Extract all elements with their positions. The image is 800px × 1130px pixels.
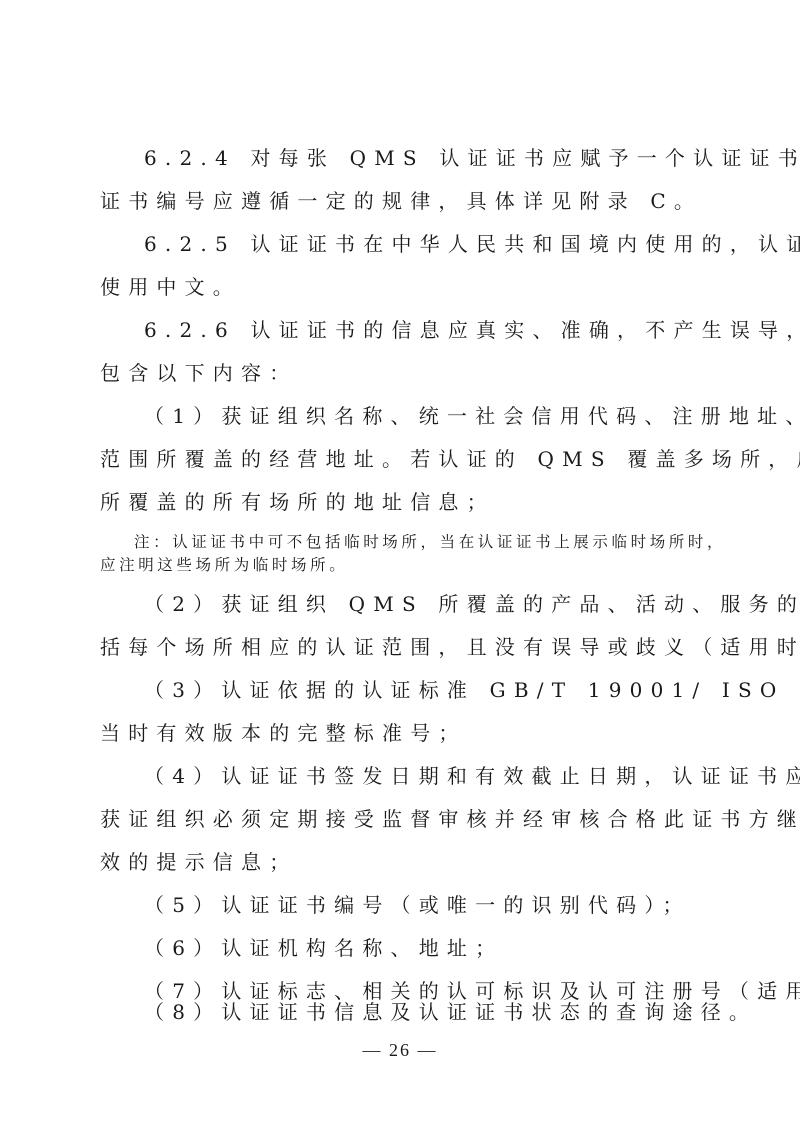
item-6: （6）认证机构名称、地址； xyxy=(144,936,503,960)
clause-6-2-6-line-1: 6.2.6 认证证书的信息应真实、准确，不产生误导，并至少 xyxy=(144,318,800,342)
item-2-line-2: 括每个场所相应的认证范围，且没有误导或歧义（适用时）； xyxy=(100,635,800,659)
item-3-line-2: 当时有效版本的完整标准号； xyxy=(100,721,467,745)
item-4-line-1: （4）认证证书签发日期和有效截止日期，认证证书应注明： xyxy=(144,764,800,788)
item-8: （8）认证证书信息及认证证书状态的查询途径。 xyxy=(144,1000,757,1024)
item-1-line-2: 范围所覆盖的经营地址。若认证的 QMS 覆盖多场所，应表述认证 xyxy=(100,447,800,471)
item-4-line-2: 获证组织必须定期接受监督审核并经审核合格此证书方继续有 xyxy=(100,807,800,831)
item-1-line-1: （1）获证组织名称、统一社会信用代码、注册地址、认证 xyxy=(144,404,800,428)
item-4-line-3: 效的提示信息； xyxy=(100,850,297,874)
item-3-line-1: （3）认证依据的认证标准 GB/T 19001/ ISO 9001 所采用的 xyxy=(144,678,800,702)
item-5: （5）认证证书编号（或唯一的识别代码）； xyxy=(144,893,691,917)
item-1-line-3: 所覆盖的所有场所的地址信息； xyxy=(100,490,495,514)
clause-6-2-5-line-2: 使用中文。 xyxy=(100,275,241,299)
note-line-2: 应注明这些场所为临时场所。 xyxy=(100,555,348,575)
clause-6-2-4-line-1: 6.2.4 对每张 QMS 认证证书应赋予一个认证证书编号，认证 xyxy=(144,146,800,170)
clause-6-2-4-line-2: 证书编号应遵循一定的规律，具体详见附录 C。 xyxy=(100,189,702,213)
note-line-1: 注：认证证书中可不包括临时场所，当在认证证书上展示临时场所时， xyxy=(134,532,726,552)
page-number: — 26 — xyxy=(0,1040,800,1061)
item-2-line-1: （2）获证组织 QMS 所覆盖的产品、活动、服务的范围；包 xyxy=(144,592,800,616)
clause-6-2-5-line-1: 6.2.5 认证证书在中华人民共和国境内使用的，认证证书应 xyxy=(144,232,800,256)
clause-6-2-6-line-2: 包含以下内容： xyxy=(100,361,297,385)
